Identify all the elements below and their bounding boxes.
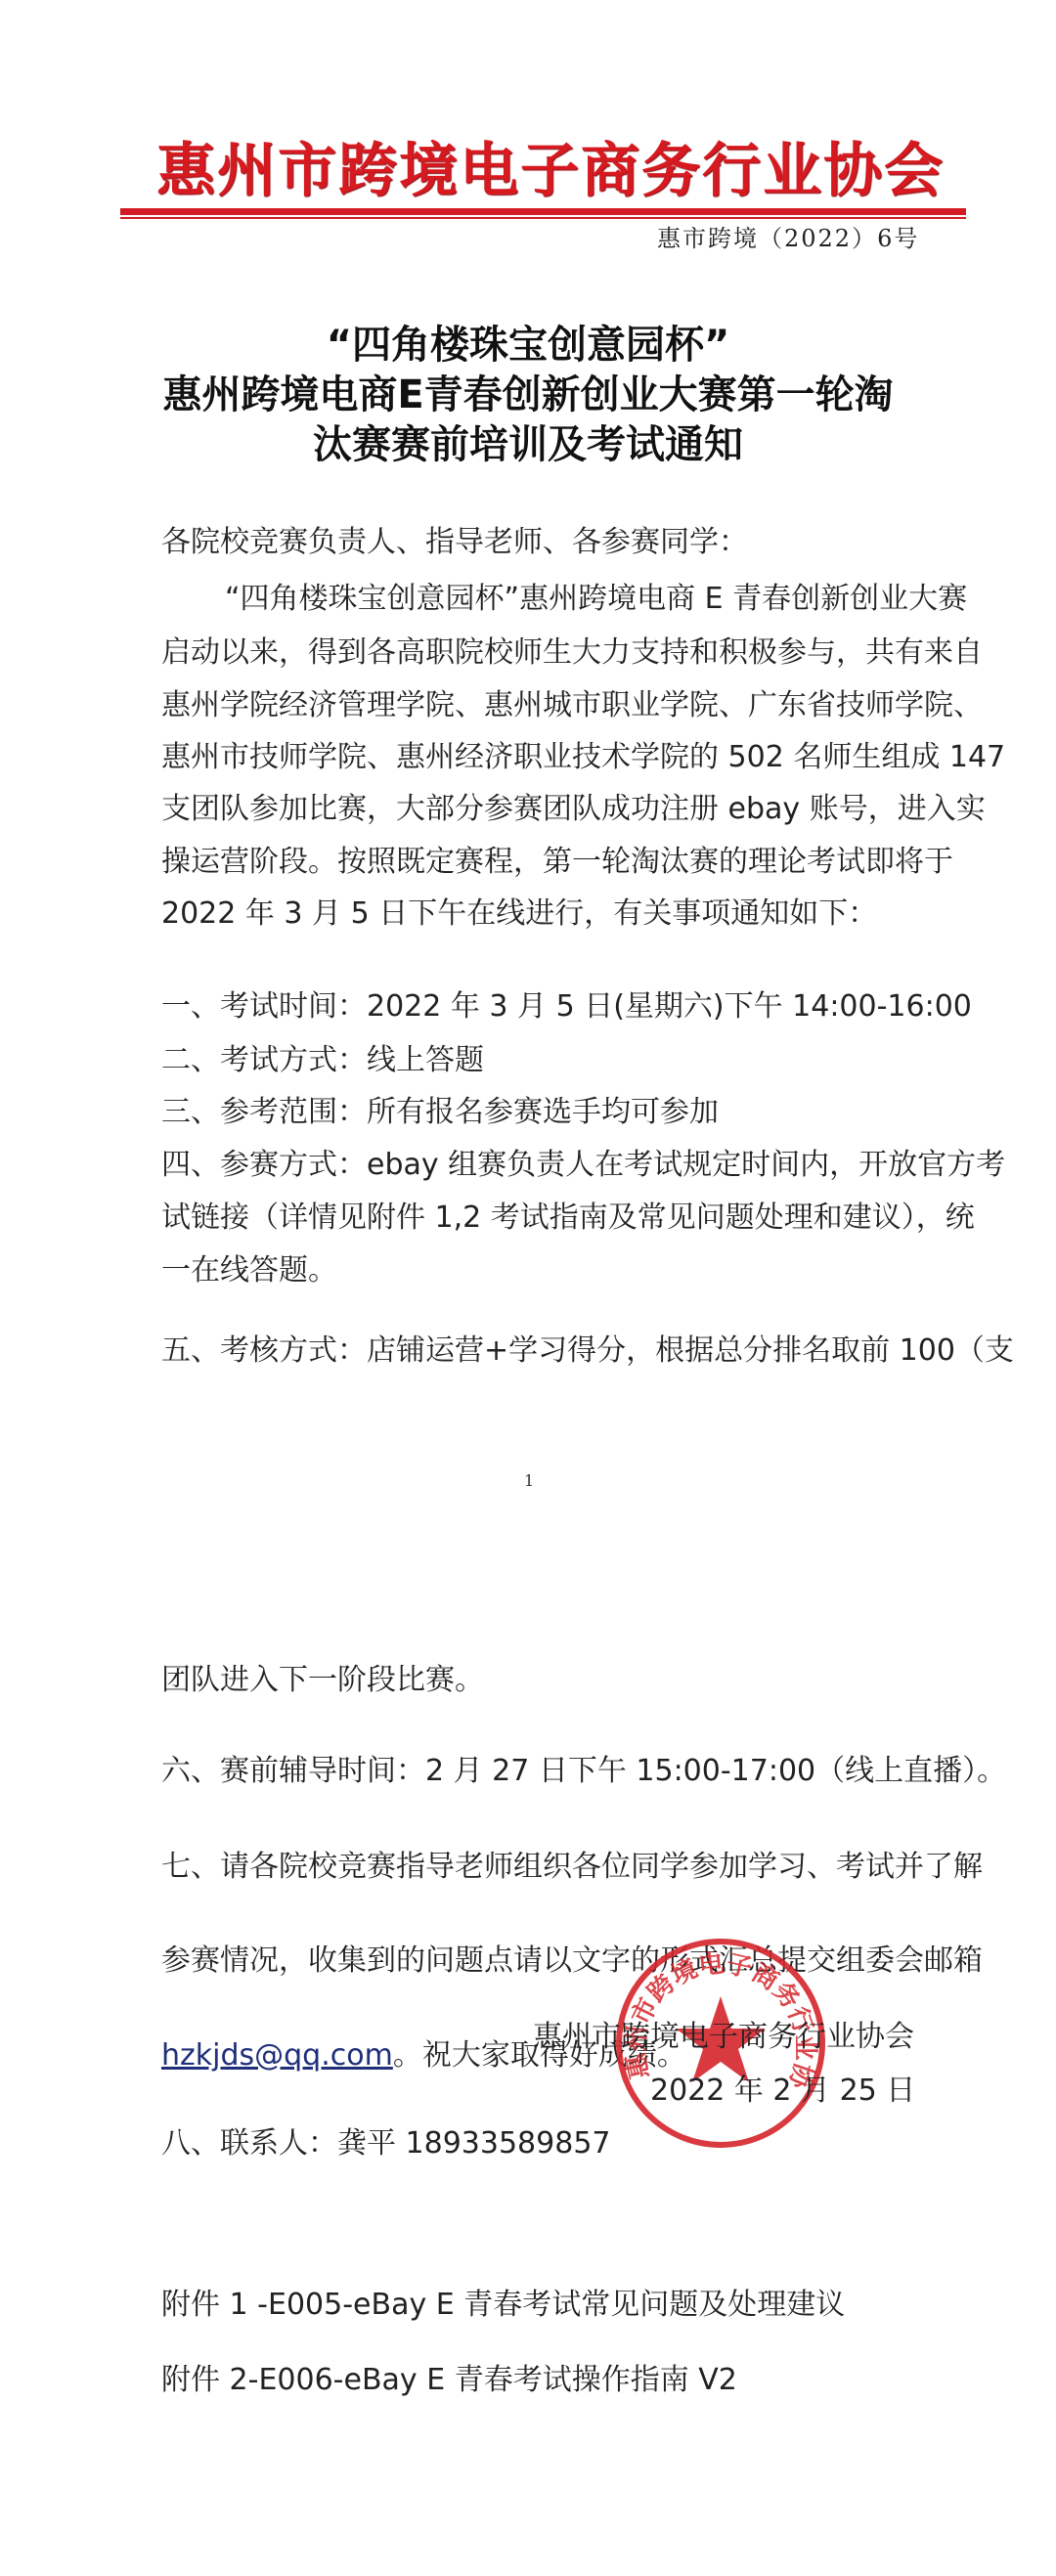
document-number: 惠市跨境（2022）6号: [657, 225, 919, 252]
page-number: 1: [524, 1471, 534, 1490]
item-participation-end: 一在线答题。: [161, 1251, 337, 1290]
notice-title-line-3: 汰赛赛前培训及考试通知: [0, 420, 1056, 469]
signature-organization: 惠州市跨境电子商务行业协会: [533, 2019, 914, 2056]
item-instructions-cont: 参赛情况，收集到的问题点请以文字的形式汇总提交组委会邮箱: [161, 1942, 983, 1981]
intro-line: 支团队参加比赛，大部分参赛团队成功注册 ebay 账号，进入实: [161, 790, 986, 829]
intro-line: 操运营阶段。按照既定赛程，第一轮淘汰赛的理论考试即将于: [161, 843, 953, 882]
notice-title-line-2: 惠州跨境电商E青春创新创业大赛第一轮淘: [0, 371, 1056, 419]
email-link[interactable]: hzkjds@qq.com: [161, 2038, 393, 2073]
letterhead-red-rule: [120, 208, 966, 215]
item-assessment: 五、考核方式：店铺运营+学习得分，根据总分排名取前 100（支: [161, 1332, 1014, 1371]
item-instructions: 七、请各院校竞赛指导老师组织各位同学参加学习、考试并了解: [161, 1848, 983, 1887]
signature-date: 2022 年 2 月 25 日: [650, 2073, 915, 2110]
item-participation: 四、参赛方式：ebay 组赛负责人在考试规定时间内，开放官方考: [161, 1146, 1005, 1185]
item-exam-method: 二、考试方式：线上答题: [161, 1041, 484, 1080]
item-assessment-cont: 团队进入下一阶段比赛。: [161, 1661, 484, 1700]
contact-person: 八、联系人：龚平 18933589857: [161, 2124, 611, 2163]
intro-line: 惠州学院经济管理学院、惠州城市职业学院、广东省技师学院、: [161, 686, 983, 725]
attachment-2: 附件 2-E006-eBay E 青春考试操作指南 V2: [161, 2361, 737, 2400]
intro-line: “四角楼珠宝创意园杯”惠州跨境电商 E 青春创新创业大赛: [225, 580, 967, 619]
intro-line: 2022 年 3 月 5 日下午在线进行，有关事项通知如下：: [161, 895, 877, 934]
intro-line: 惠州市技师学院、惠州经济职业技术学院的 502 名师生组成 147: [161, 738, 1005, 777]
item-exam-time: 一、考试时间：2022 年 3 月 5 日(星期六)下午 14:00-16:00: [161, 987, 972, 1026]
item-participation-cont: 试链接（详情见附件 1,2 考试指南及常见问题处理和建议），统: [161, 1199, 975, 1238]
notice-title-line-1: “四角楼珠宝创意园杯”: [0, 321, 1056, 370]
letterhead-red-rule-thin: [120, 217, 966, 219]
intro-line: 启动以来，得到各高职院校师生大力支持和积极参与，共有来自: [161, 633, 983, 673]
letterhead-organization: 惠州市跨境电子商务行业协会: [156, 137, 900, 205]
salutation: 各院校竞赛负责人、指导老师、各参赛同学：: [161, 523, 748, 562]
item-exam-scope: 三、参考范围：所有报名参赛选手均可参加: [161, 1093, 719, 1132]
attachment-1: 附件 1 -E005-eBay E 青春考试常见问题及处理建议: [161, 2286, 845, 2325]
item-tutoring-time: 六、赛前辅导时间：2 月 27 日下午 15:00-17:00（线上直播）。: [161, 1752, 1006, 1791]
